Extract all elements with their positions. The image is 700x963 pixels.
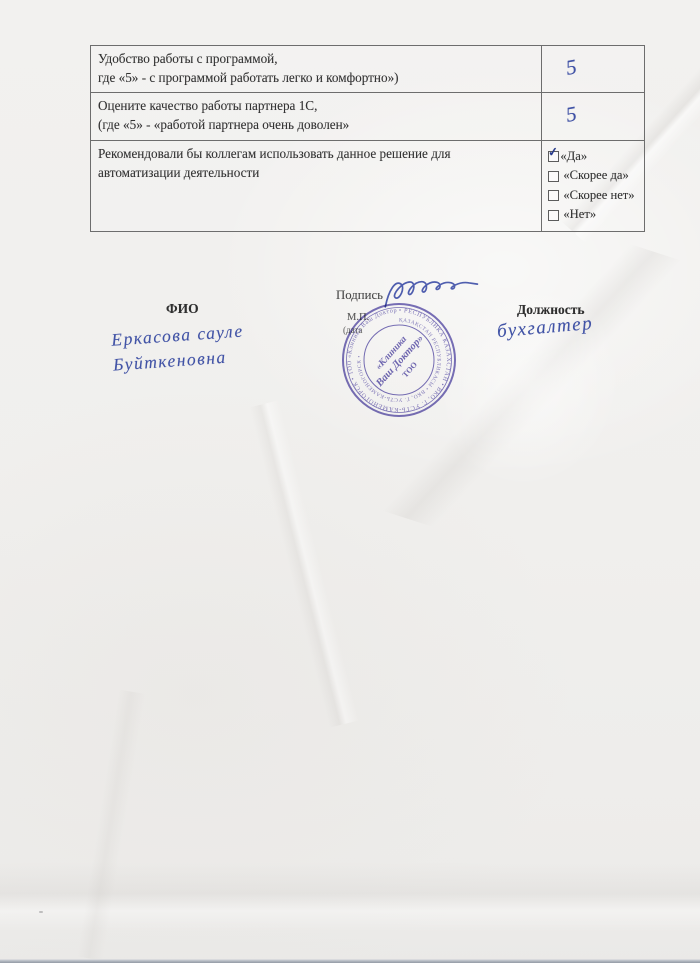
- table-row: Удобство работы с программой, где «5» - …: [91, 46, 644, 93]
- question-text-line: Удобство работы с программой,: [98, 50, 533, 69]
- question-cell: Оцените качество работы партнера 1С, (гд…: [91, 93, 542, 139]
- option-skoree-net: «Скорее нет»: [548, 186, 642, 206]
- scan-speck: [39, 911, 43, 913]
- paper-crease: [30, 682, 191, 963]
- table-row: Оцените качество работы партнера 1С, (гд…: [91, 93, 644, 140]
- handwritten-position: бухгалтер: [496, 313, 594, 343]
- fio-label: ФИО: [166, 301, 199, 317]
- scan-edge-line: [0, 959, 700, 963]
- question-cell: Удобство работы с программой, где «5» - …: [91, 46, 542, 92]
- answer-cell: 5: [542, 93, 644, 139]
- handwritten-rating: 5: [564, 54, 580, 81]
- survey-table: Удобство работы с программой, где «5» - …: [90, 45, 645, 232]
- checkbox-icon: [548, 210, 559, 221]
- option-net: «Нет»: [548, 205, 642, 225]
- question-text-line: (где «5» - «работой партнера очень довол…: [98, 116, 533, 135]
- options-cell: ✓ «Да» «Скорее да» «Скорее нет» «Нет»: [542, 141, 644, 231]
- question-text-line: Рекомендовали бы коллегам использовать д…: [98, 145, 533, 164]
- round-stamp: • РЕСПУБЛИКА КАЗАХСТАН • ВКО, Г. УСТЬ-КА…: [340, 301, 458, 419]
- scanned-survey-page: Удобство работы с программой, где «5» - …: [0, 0, 700, 963]
- checkbox-icon: [548, 190, 559, 201]
- checkbox-icon: [548, 171, 559, 182]
- option-skoree-da: «Скорее да»: [548, 166, 642, 186]
- question-text-line: автоматизации деятельности: [98, 164, 533, 183]
- paper-crease: [0, 862, 700, 932]
- table-row: Рекомендовали бы коллегам использовать д…: [91, 141, 644, 231]
- checkmark-icon: ✓: [548, 146, 559, 159]
- option-da: ✓ «Да»: [548, 147, 642, 167]
- option-label: «Да»: [560, 147, 587, 167]
- question-text-line: Оцените качество работы партнера 1С,: [98, 97, 533, 116]
- handwritten-fio: Еркасова сауле Буйткеновна: [111, 312, 334, 377]
- answer-cell: 5: [542, 46, 644, 92]
- question-cell: Рекомендовали бы коллегам использовать д…: [91, 141, 542, 231]
- option-label: «Скорее нет»: [563, 186, 634, 206]
- checkbox-checked-icon: ✓: [548, 151, 559, 162]
- question-text-line: где «5» - с программой работать легко и …: [98, 69, 533, 88]
- handwritten-rating: 5: [564, 102, 580, 129]
- option-label: «Скорее да»: [563, 166, 628, 186]
- paper-crease: [192, 388, 408, 742]
- option-label: «Нет»: [563, 205, 596, 225]
